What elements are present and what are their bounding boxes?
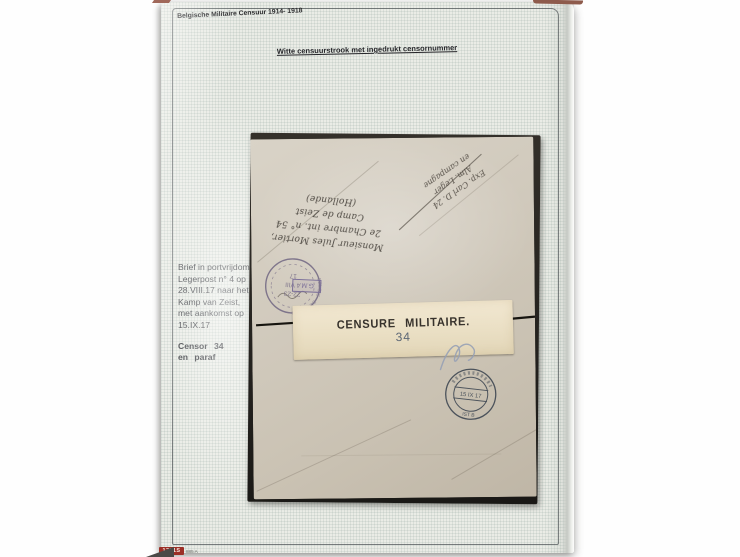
envelope-photo-frame: 22-23 4 VIII 17 BELGIE · BELGIQUE G.M. bbox=[247, 133, 540, 505]
album-page-photo: Belgische Militaire Censuur 1914- 1918 W… bbox=[0, 0, 740, 557]
censor-paraf-signature bbox=[435, 333, 485, 377]
background-sliver-top-left bbox=[152, 0, 171, 3]
corner-label-suffix: 885 A bbox=[186, 549, 198, 554]
envelope-back: 22-23 4 VIII 17 BELGIE · BELGIQUE G.M. bbox=[250, 137, 536, 500]
slit-line-right bbox=[510, 317, 535, 319]
violet-box-mark: G.M. bbox=[292, 279, 320, 292]
violet-box-text: G.M. bbox=[299, 281, 314, 289]
censor-strip-number: 34 bbox=[395, 330, 411, 344]
slit-line-left bbox=[256, 323, 293, 325]
page-right-edge bbox=[562, 2, 574, 553]
censor-strip-title: CENSURE MILITAIRE. bbox=[336, 314, 470, 332]
field-postmark-year: 17 bbox=[289, 272, 297, 279]
